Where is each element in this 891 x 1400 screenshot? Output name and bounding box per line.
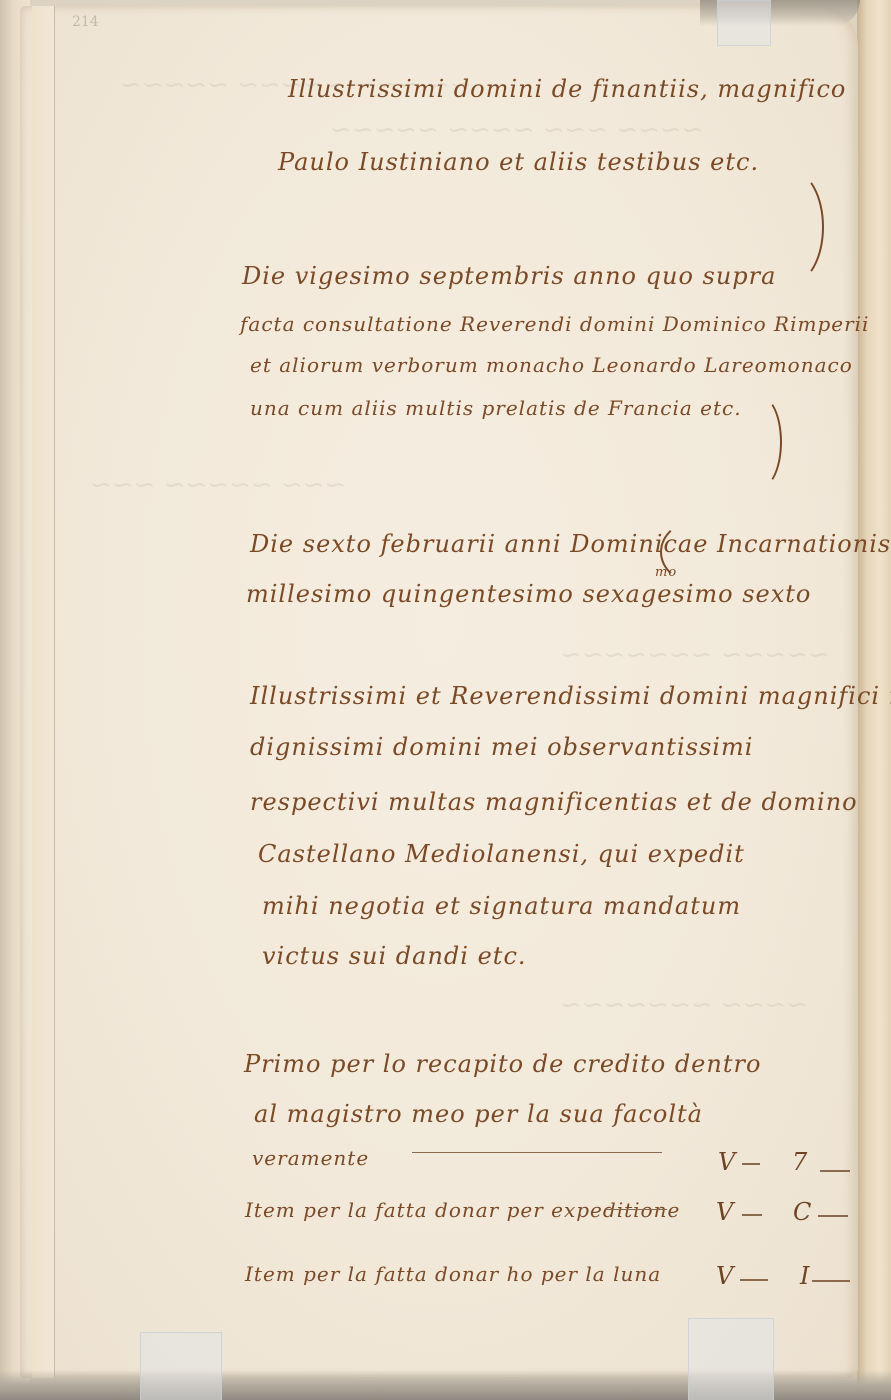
adhesive-tape: [688, 1318, 774, 1400]
address-line-1: Illustrissimi et Reverendissimi domini m…: [250, 682, 891, 710]
address-line-4: Castellano Mediolanensi, qui expedit: [258, 840, 745, 868]
address-line-5: mihi negotia et signatura mandatum: [262, 892, 741, 920]
amount-dash: [818, 1215, 848, 1217]
accounts-line-1: Primo per lo recapito de credito dentro: [244, 1050, 761, 1078]
item-row-2: Item per la fatta donar ho per la luna: [245, 1262, 661, 1286]
amount-dash: [820, 1170, 850, 1172]
bleed-through-text: ~~~ ~~~~~ ~~~: [90, 470, 346, 500]
amount-col1-row1: V: [716, 1198, 733, 1226]
date-entry-line-4: una cum aliis multis prelatis de Francia…: [250, 396, 742, 420]
second-date-line-2: millesimo quingentesimo sexagesimo sexto: [246, 580, 811, 608]
amount-dash: [740, 1279, 768, 1281]
heading-line-1: Illustrissimi domini de finantiis, magni…: [288, 75, 846, 103]
date-entry-line-1: Die vigesimo septembris anno quo supra: [242, 262, 776, 290]
adhesive-tape: [717, 0, 771, 46]
bleed-through-text: ~~~~ ~~~ ~~~~ ~~~~~: [330, 115, 703, 145]
amount-col2-row1: C: [793, 1198, 811, 1226]
address-line-6: victus sui dandi etc.: [262, 942, 527, 970]
flourish-squiggle: [738, 395, 782, 489]
date-entry-line-3: et aliorum verborum monacho Leonardo Lar…: [250, 353, 853, 377]
amount-col2-row0: 7: [792, 1148, 807, 1176]
amount-dash: [742, 1163, 760, 1165]
accounts-line-2: al magistro meo per la sua facoltà: [254, 1100, 703, 1128]
heading-line-2: Paulo Iustiniano et aliis testibus etc.: [278, 148, 759, 176]
bleed-through-text: ~~~~~ ~~~~~~~: [560, 640, 830, 670]
ledger-rule: [605, 1209, 667, 1210]
page-edge: [32, 6, 55, 1378]
amount-col2-row2: I: [800, 1262, 809, 1290]
second-date-line-1: Die sexto februarii anni Dominicae Incar…: [250, 530, 891, 558]
item-row-1: Item per la fatta donar per expeditione: [245, 1198, 680, 1222]
amount-dash: [812, 1280, 850, 1282]
adhesive-tape: [140, 1332, 222, 1400]
date-entry-line-2: facta consultatione Reverendi domini Dom…: [240, 312, 869, 336]
amount-col1-row0: V: [718, 1148, 735, 1176]
address-line-2: dignissimi domini mei observantissimi: [250, 733, 753, 761]
ledger-rule: [412, 1152, 662, 1153]
address-line-3: respectivi multas magnificentias et de d…: [250, 788, 858, 816]
amount-col1-row2: V: [716, 1262, 733, 1290]
bleed-through-text: ~~~~ ~~~~~~~: [560, 990, 808, 1020]
amount-dash: [742, 1214, 762, 1216]
accounts-line-3: veramente: [252, 1146, 369, 1170]
flourish-squiggle: [760, 170, 824, 284]
folio-number: 214: [72, 14, 99, 30]
flourish-bracket: [660, 520, 734, 584]
